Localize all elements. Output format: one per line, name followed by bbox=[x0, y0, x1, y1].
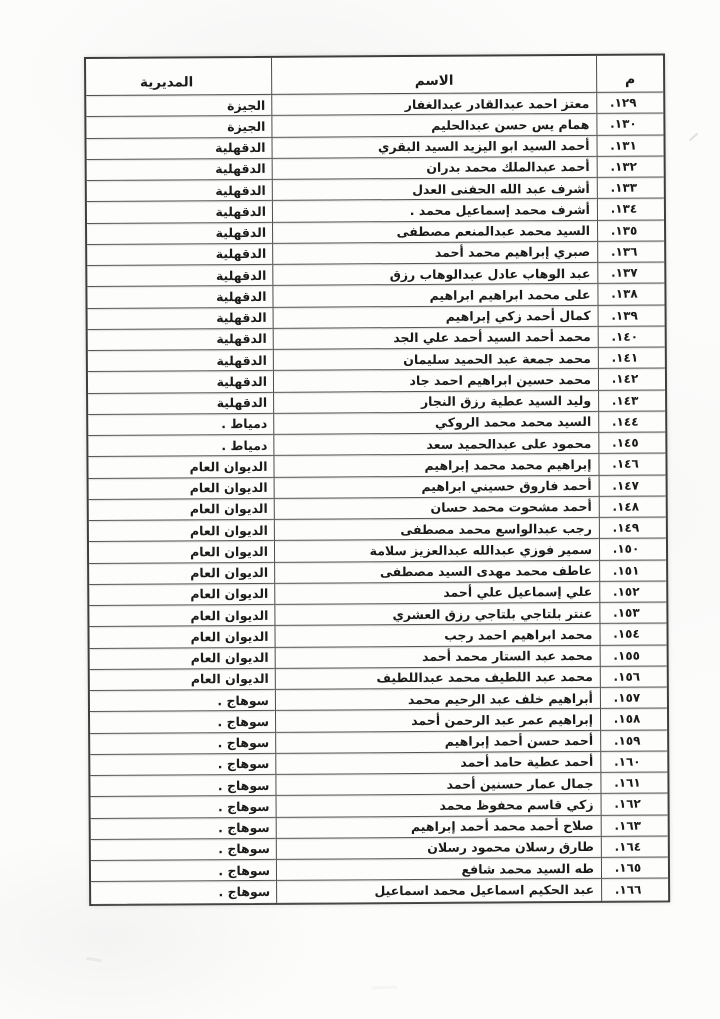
cell-number: ١٦١. bbox=[600, 772, 667, 794]
cell-number: ١٥٩. bbox=[600, 730, 667, 752]
cell-name: عاطف محمد مهدى السيد مصطفى bbox=[274, 560, 599, 583]
column-header-name: الاسم bbox=[271, 56, 596, 95]
cell-directorate: الدقهلية bbox=[88, 392, 273, 414]
cell-name: أحمد فاروق حسيني ابراهيم bbox=[274, 475, 599, 498]
cell-name: جمال عمار حسنين أحمد bbox=[275, 773, 600, 796]
cell-number: ١٢٩. bbox=[596, 92, 663, 114]
cell-number: ١٣٨. bbox=[597, 284, 664, 306]
scan-artifact bbox=[372, 986, 398, 990]
cell-directorate: الديوان العام bbox=[89, 584, 274, 606]
cell-number: ١٤١. bbox=[598, 347, 665, 369]
cell-directorate: سوهاج . bbox=[90, 690, 275, 712]
cell-number: ١٣٠. bbox=[596, 114, 663, 136]
cell-directorate: الدقهلية bbox=[88, 329, 273, 351]
cell-number: ١٦٠. bbox=[600, 751, 667, 773]
cell-name: إبراهيم عمر عبد الرحمن أحمد bbox=[275, 709, 600, 732]
cell-name: عبد الوهاب عادل عبدالوهاب رزق bbox=[272, 263, 597, 286]
cell-name: سمير فوزي عبدالله عبدالعزيز سلامة bbox=[274, 539, 599, 562]
cell-number: ١٤٦. bbox=[598, 454, 665, 476]
cell-directorate: الديوان العام bbox=[89, 626, 274, 648]
cell-directorate: الدقهلية bbox=[86, 137, 271, 159]
cell-number: ١٦٢. bbox=[601, 794, 668, 816]
cell-directorate: الدقهلية bbox=[87, 180, 272, 202]
cell-directorate: الجيزة bbox=[86, 95, 271, 117]
cell-directorate: الديوان العام bbox=[90, 669, 275, 691]
cell-directorate: سوهاج . bbox=[90, 711, 275, 733]
cell-number: ١٣٣. bbox=[597, 177, 664, 199]
cell-directorate: الدقهلية bbox=[87, 244, 272, 266]
cell-number: ١٥٨. bbox=[600, 709, 667, 731]
cell-number: ١٣٩. bbox=[598, 305, 665, 327]
cell-name: السيد محمد محمد الروكي bbox=[273, 412, 598, 435]
cell-directorate: دمياط . bbox=[88, 414, 273, 436]
cell-name: إبراهيم محمد محمد إبراهيم bbox=[273, 454, 598, 477]
cell-directorate: سوهاج . bbox=[91, 881, 276, 903]
cell-directorate: سوهاج . bbox=[91, 839, 276, 861]
cell-number: ١٥٥. bbox=[600, 645, 667, 667]
roster-table: م الاسم المديرية ١٢٩.معتز احمد عبدالقادر… bbox=[84, 53, 670, 906]
cell-directorate: الدقهلية bbox=[87, 201, 272, 223]
cell-name: عنتر بلتاجي بلتاجي رزق العشري bbox=[274, 603, 599, 626]
cell-name: زكي قاسم محفوظ محمد bbox=[276, 794, 601, 817]
cell-directorate: الدقهلية bbox=[88, 371, 273, 393]
cell-directorate: سوهاج . bbox=[91, 796, 276, 818]
cell-name: طه السيد محمد شافع bbox=[276, 858, 601, 881]
cell-directorate: الديوان العام bbox=[89, 520, 274, 542]
cell-number: ١٤٩. bbox=[599, 517, 666, 539]
cell-directorate: الديوان العام bbox=[89, 499, 274, 521]
cell-directorate: الديوان العام bbox=[90, 647, 275, 669]
cell-name: محمد حسين ابراهيم احمد جاد bbox=[273, 369, 598, 392]
cell-directorate: الديوان العام bbox=[89, 477, 274, 499]
cell-number: ١٦٣. bbox=[601, 815, 668, 837]
cell-name: السيد محمد عبدالمنعم مصطفى bbox=[272, 220, 597, 243]
cell-directorate: سوهاج . bbox=[90, 775, 275, 797]
cell-name: كمال أحمد زكي إبراهيم bbox=[273, 305, 598, 328]
cell-directorate: الدقهلية bbox=[87, 222, 272, 244]
cell-name: أحمد مشحوت محمد حسان bbox=[274, 497, 599, 520]
cell-directorate: الديوان العام bbox=[89, 605, 274, 627]
cell-directorate: الديوان العام bbox=[89, 562, 274, 584]
cell-name: رجب عبدالواسع محمد مصطفى bbox=[274, 518, 599, 541]
cell-directorate: الدقهلية bbox=[88, 307, 273, 329]
cell-directorate: الدقهلية bbox=[87, 286, 272, 308]
cell-name: صبري إبراهيم محمد أحمد bbox=[272, 242, 597, 265]
cell-directorate: الديوان العام bbox=[89, 541, 274, 563]
cell-number: ١٣٦. bbox=[597, 241, 664, 263]
cell-name: أشرف عبد الله الحفنى العدل bbox=[272, 178, 597, 201]
cell-name: أحمد حسن أحمد إبراهيم bbox=[275, 730, 600, 753]
cell-number: ١٥٧. bbox=[600, 687, 667, 709]
cell-directorate: الديوان العام bbox=[88, 456, 273, 478]
cell-name: محمد عبد الستار محمد أحمد bbox=[275, 645, 600, 668]
cell-number: ١٥٢. bbox=[599, 581, 666, 603]
cell-name: أشرف محمد إسماعيل محمد . bbox=[272, 199, 597, 222]
column-header-number: م bbox=[596, 55, 663, 92]
cell-directorate: الجيزة bbox=[86, 116, 271, 138]
cell-number: ١٥٠. bbox=[599, 539, 666, 561]
column-header-directorate: المديرية bbox=[86, 58, 271, 96]
cell-number: ١٤٣. bbox=[598, 390, 665, 412]
cell-name: محمد ابراهيم احمد رجب bbox=[274, 624, 599, 647]
cell-number: ١٥٤. bbox=[599, 624, 666, 646]
cell-directorate: الدقهلية bbox=[87, 159, 272, 181]
cell-number: ١٤٢. bbox=[598, 369, 665, 391]
cell-number: ١٤٤. bbox=[598, 411, 665, 433]
cell-number: ١٦٥. bbox=[601, 857, 668, 879]
cell-directorate: سوهاج . bbox=[90, 754, 275, 776]
cell-number: ١٦٤. bbox=[601, 836, 668, 858]
cell-number: ١٣٧. bbox=[597, 262, 664, 284]
cell-number: ١٤٠. bbox=[598, 326, 665, 348]
cell-name: علي إسماعيل علي أحمد bbox=[274, 582, 599, 605]
cell-name: همام يس حسن عبدالحليم bbox=[271, 114, 596, 137]
cell-number: ١٣٢. bbox=[597, 156, 664, 178]
cell-number: ١٤٧. bbox=[599, 475, 666, 497]
cell-name: عبد الحكيم اسماعيل محمد اسماعيل bbox=[276, 879, 601, 902]
cell-number: ١٥٦. bbox=[600, 666, 667, 688]
cell-directorate: سوهاج . bbox=[91, 860, 276, 882]
cell-name: أحمد السيد ابو اليزيد السيد البقري bbox=[271, 135, 596, 158]
cell-name: صلاح أحمد محمد أحمد إبراهيم bbox=[276, 815, 601, 838]
cell-number: ١٣٥. bbox=[597, 220, 664, 242]
cell-name: محمد أحمد السيد أحمد علي الجد bbox=[273, 327, 598, 350]
scan-artifact bbox=[689, 133, 699, 142]
cell-directorate: الدقهلية bbox=[87, 265, 272, 287]
cell-name: أبراهيم خلف عبد الرحيم محمد bbox=[275, 688, 600, 711]
cell-name: أحمد عطية حامد أحمد bbox=[275, 752, 600, 775]
cell-name: على محمد ابراهيم ابراهيم bbox=[272, 284, 597, 307]
cell-directorate: دمياط . bbox=[88, 435, 273, 457]
scan-artifact bbox=[86, 957, 102, 962]
cell-directorate: الدقهلية bbox=[88, 350, 273, 372]
cell-directorate: سوهاج . bbox=[90, 732, 275, 754]
cell-number: ١٥٣. bbox=[599, 602, 666, 624]
cell-name: وليد السيد عطية رزق النجار bbox=[273, 390, 598, 413]
cell-directorate: سوهاج . bbox=[91, 817, 276, 839]
cell-name: معتز احمد عبدالقادر عبدالغفار bbox=[271, 93, 596, 116]
scanned-page: م الاسم المديرية ١٢٩.معتز احمد عبدالقادر… bbox=[0, 0, 720, 1019]
cell-number: ١٦٦. bbox=[601, 879, 668, 901]
cell-number: ١٤٨. bbox=[599, 496, 666, 518]
cell-number: ١٥١. bbox=[599, 560, 666, 582]
cell-name: طارق رسلان محمود رسلان bbox=[276, 837, 601, 860]
cell-name: محمد جمعة عبد الحميد سليمان bbox=[273, 348, 598, 371]
cell-number: ١٣١. bbox=[596, 135, 663, 157]
cell-number: ١٤٥. bbox=[598, 432, 665, 454]
cell-name: محمود على عبدالحميد سعد bbox=[273, 433, 598, 456]
cell-name: أحمد عبدالملك محمد بدران bbox=[272, 157, 597, 180]
cell-number: ١٣٤. bbox=[597, 199, 664, 221]
cell-name: محمد عبد اللطيف محمد عبداللطيف bbox=[275, 667, 600, 690]
